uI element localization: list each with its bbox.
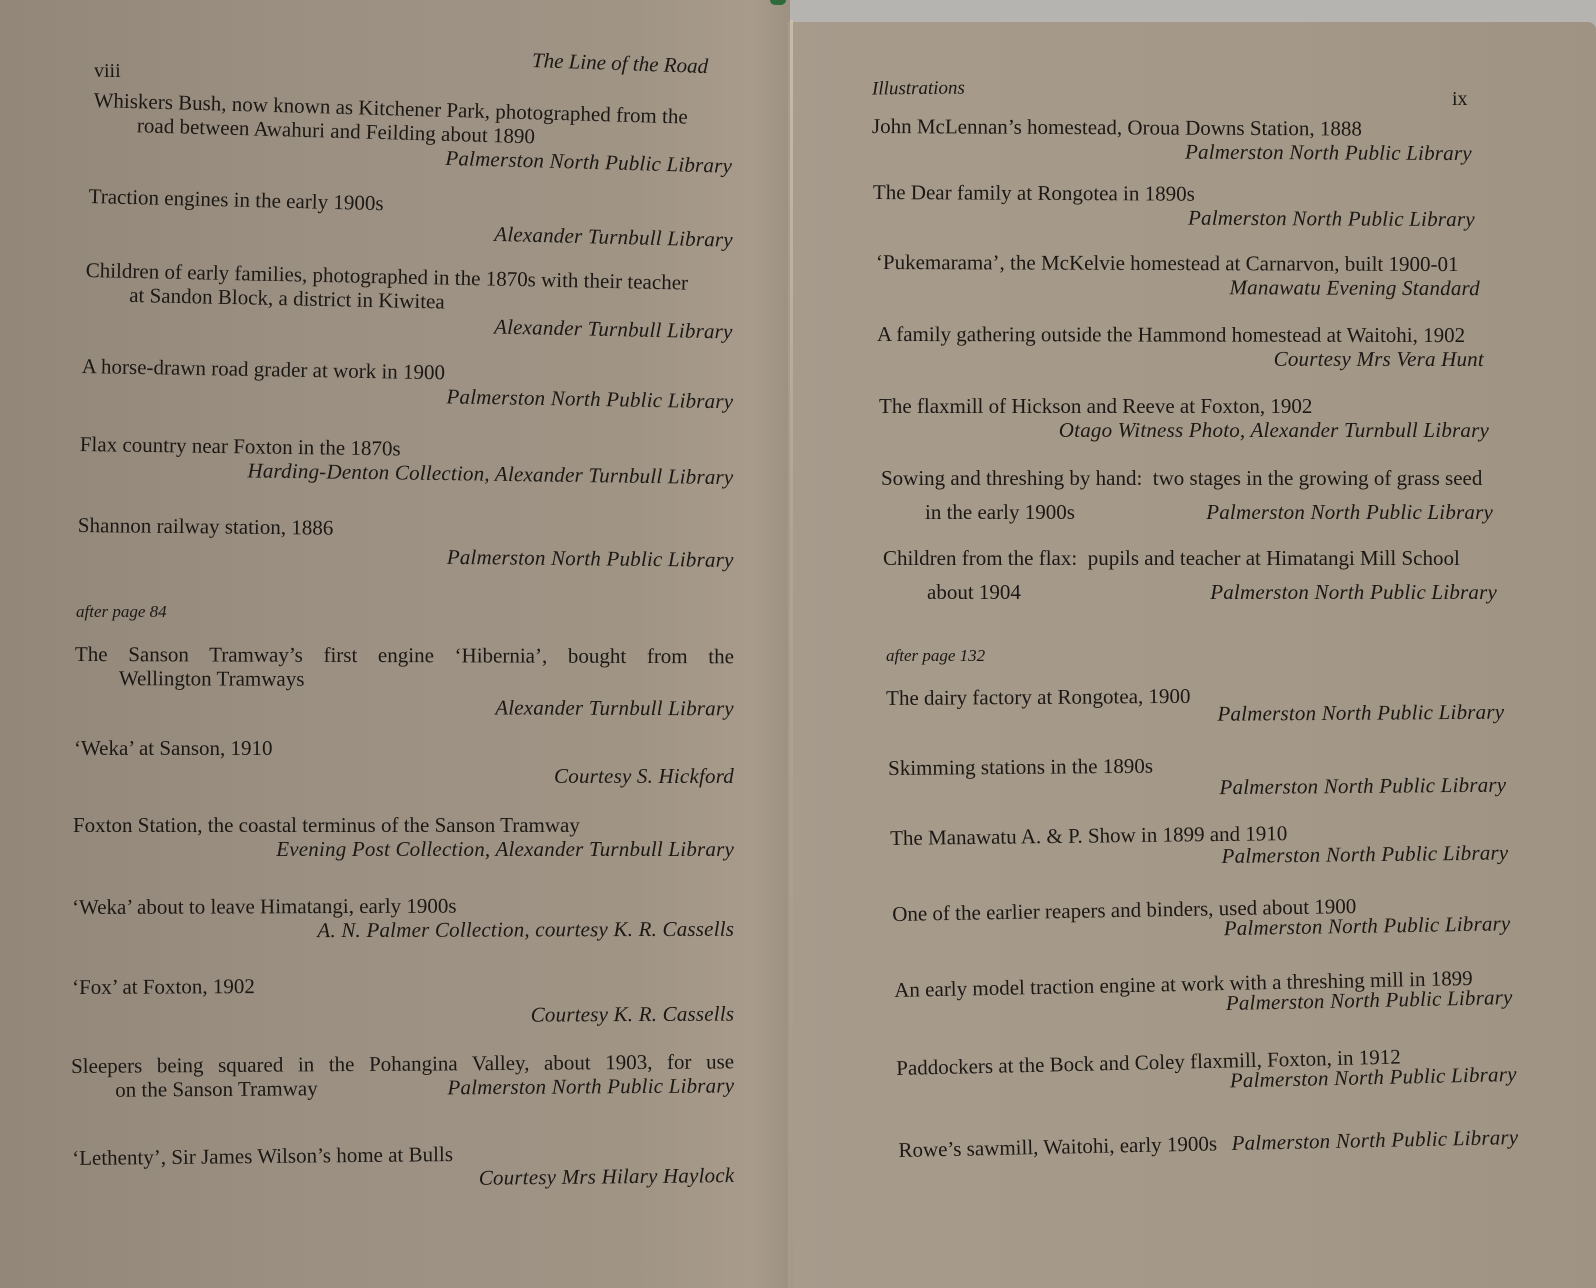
- caption-entry: Sleepers being squared in the Pohangina …: [71, 1049, 734, 1102]
- caption-text: The Dear family at Rongotea in 1890s: [873, 180, 1475, 207]
- caption-entry: The Manawatu A. & P. Show in 1899 and 19…: [890, 818, 1509, 872]
- caption-text: ‘Weka’ at Sanson, 1910: [74, 736, 734, 760]
- credit-text: Palmerston North Public Library: [1206, 500, 1493, 524]
- left-page: viii The Line of the Road Whiskers Bush,…: [0, 0, 790, 1288]
- caption-entry: The Sanson Tramway’s first engine ‘Hiber…: [75, 642, 734, 720]
- caption-entry: Shannon railway station, 1886 Palmerston…: [77, 513, 734, 572]
- credit-text: Evening Post Collection, Alexander Turnb…: [73, 837, 734, 861]
- book-spread: viii The Line of the Road Whiskers Bush,…: [0, 0, 1596, 1288]
- caption-continuation-row: in the early 1900s Palmerston North Publ…: [881, 490, 1493, 524]
- caption-text: about 1904: [883, 580, 1021, 604]
- caption-continuation-row: on the Sanson Tramway Palmerston North P…: [71, 1073, 734, 1102]
- credit-text: Palmerston North Public Library: [77, 541, 733, 572]
- running-head-right: Illustrations: [872, 78, 965, 101]
- caption-continuation-row: about 1904 Palmerston North Public Libra…: [883, 570, 1497, 604]
- caption-text: in the early 1900s: [881, 500, 1075, 524]
- credit-text: A. N. Palmer Collection, courtesy K. R. …: [72, 917, 734, 943]
- caption-entry: ‘Fox’ at Foxton, 1902 Courtesy K. R. Cas…: [72, 972, 734, 1029]
- caption-text: A family gathering outside the Hammond h…: [877, 322, 1484, 347]
- caption-text: The flaxmill of Hickson and Reeve at Fox…: [879, 394, 1489, 418]
- caption-entry: Traction engines in the early 1900s Alex…: [88, 184, 734, 252]
- credit-text: Courtesy K. R. Cassells: [72, 1002, 734, 1029]
- caption-text: Foxton Station, the coastal terminus of …: [73, 813, 734, 837]
- credit-text: Otago Witness Photo, Alexander Turnbull …: [879, 418, 1489, 442]
- caption-entry: A horse-drawn road grader at work in 190…: [81, 354, 734, 413]
- caption-entry: Flax country near Foxton in the 1870s Ha…: [79, 432, 734, 489]
- credit-text: Palmerston North Public Library: [872, 138, 1472, 165]
- caption-text: John McLennan’s homestead, Oroua Downs S…: [872, 114, 1472, 141]
- caption-entry: ‘Weka’ at Sanson, 1910 Courtesy S. Hickf…: [74, 736, 734, 788]
- caption-entry: ‘Weka’ about to leave Himatangi, early 1…: [72, 893, 734, 943]
- caption-text: ‘Weka’ about to leave Himatangi, early 1…: [72, 893, 734, 919]
- caption-text: The Sanson Tramway’s first engine ‘Hiber…: [75, 642, 734, 692]
- section-label-left: after page 84: [76, 602, 167, 622]
- caption-entry: Whiskers Bush, now known as Kitchener Pa…: [92, 88, 734, 178]
- caption-text: ‘Fox’ at Foxton, 1902: [72, 972, 734, 999]
- caption-entry: Children of early families, photographed…: [84, 258, 733, 344]
- credit-text: Manawatu Evening Standard: [876, 274, 1480, 300]
- caption-text: on the Sanson Tramway: [71, 1076, 318, 1102]
- credit-text: Alexander Turnbull Library: [75, 694, 734, 720]
- credit-text: Palmerston North Public Library: [1210, 580, 1497, 604]
- page-number-left: viii: [94, 60, 121, 83]
- caption-entry: The dairy factory at Rongotea, 1900 Palm…: [886, 682, 1504, 728]
- caption-entry: ‘Lethenty’, Sir James Wilson’s home at B…: [72, 1139, 734, 1194]
- caption-entry: Sowing and threshing by hand: two stages…: [881, 466, 1493, 524]
- caption-entry: The flaxmill of Hickson and Reeve at Fox…: [879, 394, 1489, 442]
- caption-entry: The Dear family at Rongotea in 1890s Pal…: [873, 180, 1475, 231]
- bookmark-edge: [770, 0, 786, 5]
- page-number-right: ix: [1452, 88, 1468, 111]
- caption-text: Children from the flax: pupils and teach…: [883, 546, 1497, 570]
- caption-text: Sowing and threshing by hand: two stages…: [881, 466, 1493, 490]
- credit-text: Palmerston North Public Library: [873, 204, 1475, 231]
- caption-entry: ‘Pukemarama’, the McKelvie homestead at …: [876, 250, 1480, 300]
- credit-text: Courtesy Mrs Vera Hunt: [877, 346, 1484, 371]
- caption-entry: A family gathering outside the Hammond h…: [877, 322, 1484, 371]
- caption-entry: Foxton Station, the coastal terminus of …: [73, 813, 734, 861]
- running-head-left: The Line of the Road: [532, 48, 709, 79]
- caption-text: ‘Pukemarama’, the McKelvie homestead at …: [876, 250, 1480, 276]
- caption-text: Shannon railway station, 1886: [78, 513, 734, 544]
- gutter: [790, 20, 793, 1288]
- credit-text: Palmerston North Public Library: [447, 1073, 734, 1099]
- caption-entry: John McLennan’s homestead, Oroua Downs S…: [872, 114, 1472, 165]
- caption-entry: Skimming stations in the 1890s Palmersto…: [888, 751, 1506, 802]
- caption-entry: Children from the flax: pupils and teach…: [883, 546, 1497, 604]
- section-label-right: after page 132: [886, 646, 985, 666]
- credit-text: Courtesy S. Hickford: [74, 764, 734, 788]
